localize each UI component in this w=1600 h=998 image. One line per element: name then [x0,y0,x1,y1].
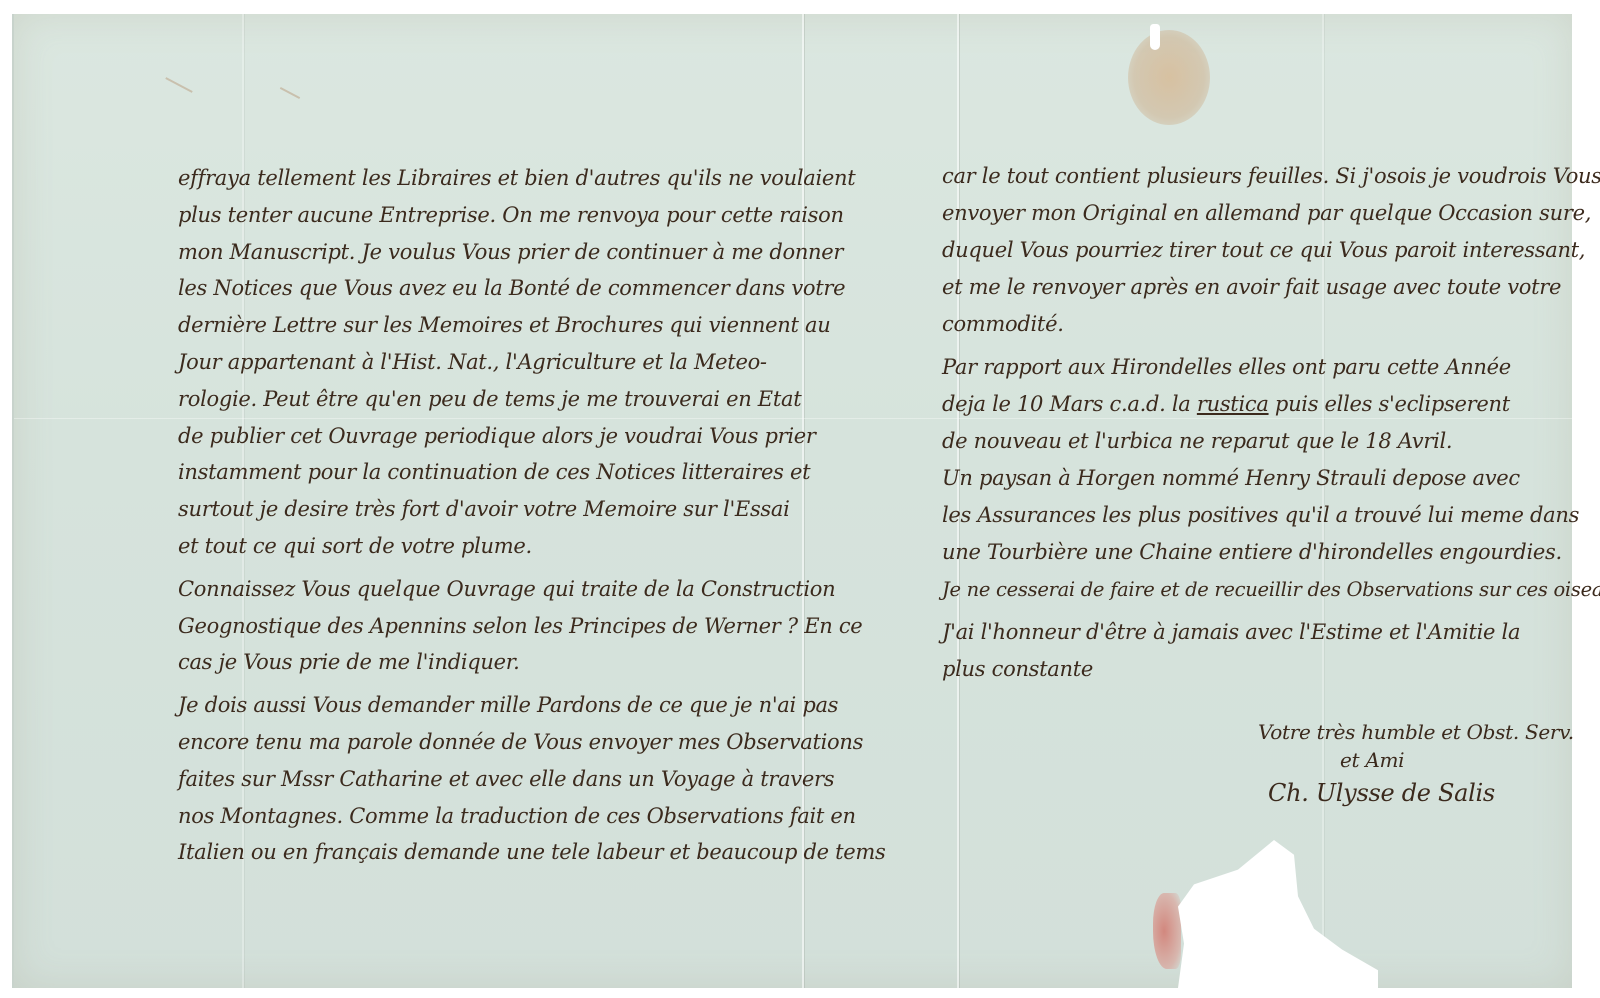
paragraph-start-line: J'ai l'honneur d'être à jamais avec l'Es… [942,614,1562,651]
text-line: faites sur Mssr Catharine et avec elle d… [178,761,788,798]
paragraph-start-line: Connaissez Vous quelque Ouvrage qui trai… [178,571,788,608]
right-page-text: car le tout contient plusieurs feuilles.… [942,158,1562,688]
paragraph-start-line: Je dois aussi Vous demander mille Pardon… [178,687,788,724]
text-line: dernière Lettre sur les Memoires et Broc… [178,307,788,344]
text-line: une Tourbière une Chaine entiere d'hiron… [942,534,1562,571]
text-line: Geognostique des Apennins selon les Prin… [178,608,788,645]
text-line: et me le renvoyer après en avoir fait us… [942,269,1562,306]
text-line: rologie. Peut être qu'en peu de tems je … [178,381,788,418]
ink-bleed-mark [165,77,192,93]
red-wax-remnant [1153,893,1181,969]
text-line: et tout ce qui sort de votre plume. [178,528,788,565]
text-line: surtout je desire très fort d'avoir votr… [178,491,788,528]
text-line: Je ne cesserai de faire et de recueillir… [942,571,1562,608]
text-line: effraya tellement les Libraires et bien … [178,160,788,197]
text-line: cas je Vous prie de me l'indiquer. [178,644,788,681]
text-line: les Assurances les plus positives qu'il … [942,497,1562,534]
paper-tear [1150,24,1160,50]
underlined-word: rustica [1197,392,1269,416]
text-line: Italien ou en français demande une tele … [178,834,788,871]
text-line: instamment pour la continuation de ces N… [178,454,788,491]
text-line: Un paysan à Horgen nommé Henry Strauli d… [942,460,1562,497]
text-line: nos Montagnes. Comme la traduction de ce… [178,798,788,835]
text-line: envoyer mon Original en allemand par que… [942,195,1562,232]
paragraph-start-line: Par rapport aux Hirondelles elles ont pa… [942,349,1562,386]
text-line: de nouveau et l'urbica ne reparut que le… [942,423,1562,460]
closing-block: Votre très humble et Obst. Serv. et Ami … [1258,718,1578,812]
ink-bleed-mark [280,87,300,99]
text-line: plus tenter aucune Entreprise. On me ren… [178,197,788,234]
text-line: duquel Vous pourriez tirer tout ce qui V… [942,232,1562,269]
text-line: car le tout contient plusieurs feuilles.… [942,158,1562,195]
text-line: encore tenu ma parole donnée de Vous env… [178,724,788,761]
text-line: de publier cet Ouvrage periodique alors … [178,418,788,455]
left-page-text: effraya tellement les Libraires et bien … [178,160,788,871]
text-line: les Notices que Vous avez eu la Bonté de… [178,270,788,307]
text-line: commodité. [942,306,1562,343]
text-line-with-underline: deja le 10 Mars c.a.d. la rustica puis e… [942,386,1562,423]
signature: Ch. Ulysse de Salis [1258,774,1578,812]
text-line: Jour appartenant à l'Hist. Nat., l'Agric… [178,344,788,381]
text-line: plus constante [942,651,1562,688]
seal-stain [1128,30,1210,125]
closing-formula: Votre très humble et Obst. Serv. [1258,718,1578,746]
closing-formula-2: et Ami [1258,746,1578,774]
text-line: mon Manuscript. Je voulus Vous prier de … [178,234,788,271]
